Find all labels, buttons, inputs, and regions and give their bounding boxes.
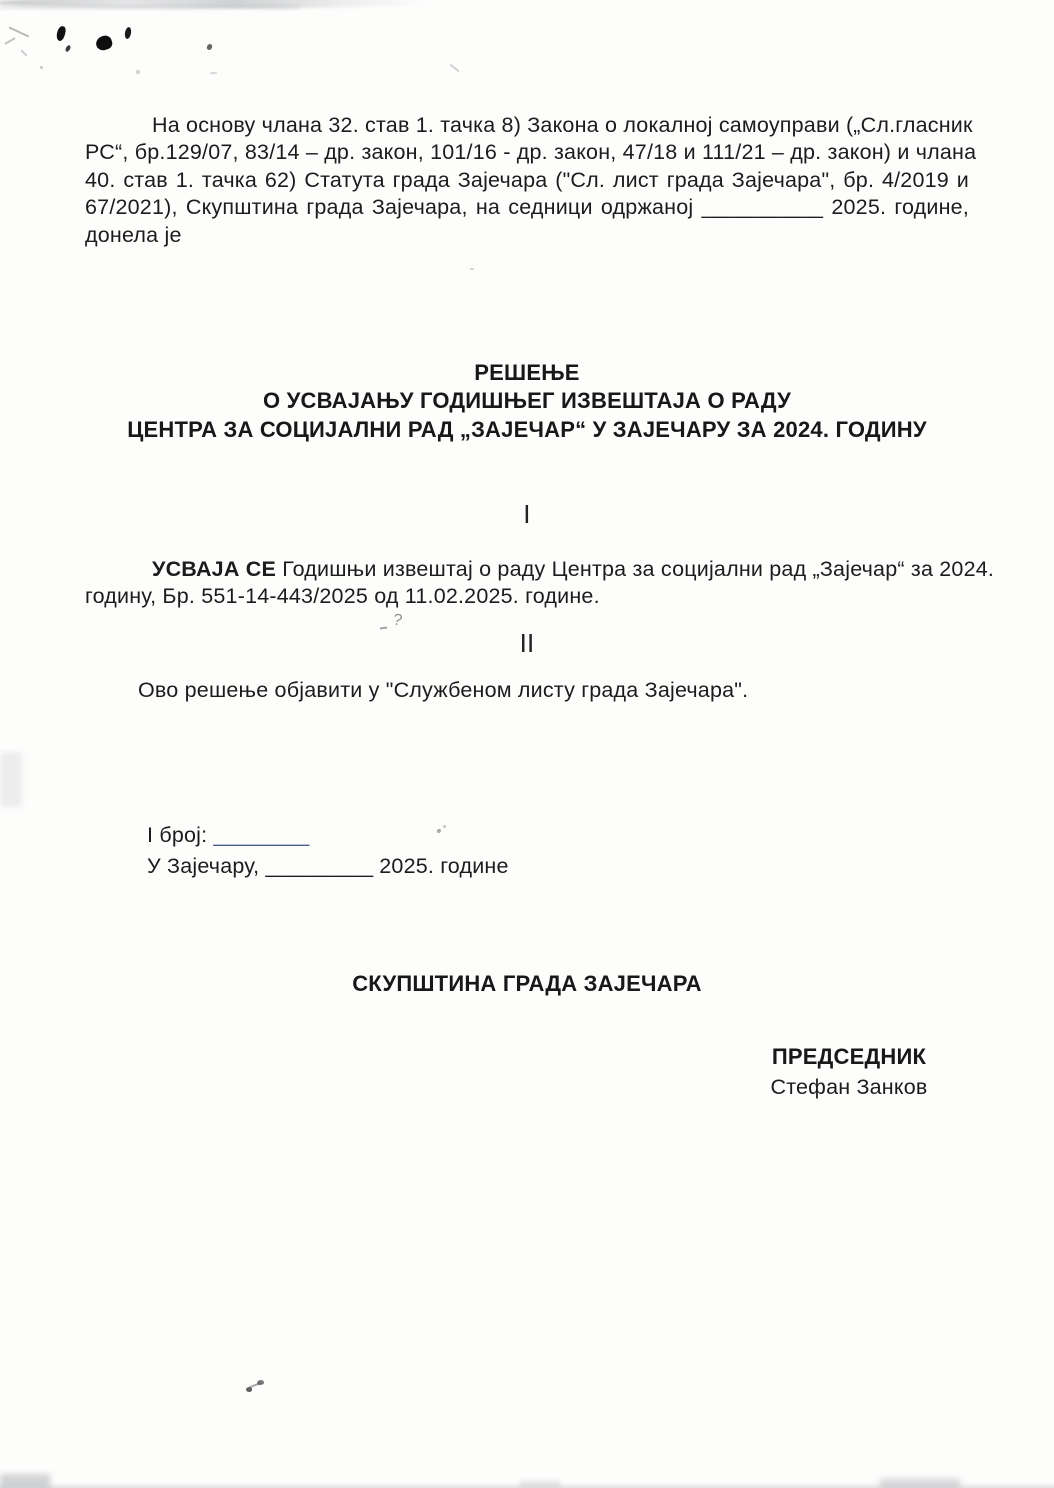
pencil-stroke: [450, 64, 460, 72]
intro-line: 40. став 1. тачка 62) Статута града Заје…: [85, 167, 969, 194]
decision-title-line: О УСВАЈАЊУ ГОДИШЊЕГ ИЗВЕШТАЈА О РАДУ: [0, 387, 1054, 415]
pencil-stroke: [210, 72, 217, 75]
case-number-line: I број: ________: [147, 820, 509, 851]
scan-shadow: [520, 1480, 560, 1488]
case-number-block: I број: ________ У Зајечару, _________ 2…: [147, 820, 509, 882]
president-name: Стефан Занков: [740, 1072, 958, 1102]
section-1-numeral: I: [0, 499, 1054, 530]
intro-line: донела је: [85, 222, 969, 249]
ink-blot: [94, 34, 114, 52]
place-date-line: У Зајечару, _________ 2025. године: [147, 851, 509, 882]
scan-edge-smudge: [0, 6, 300, 9]
section-2-paragraph: Ово решење објавити у "Службеном листу г…: [138, 678, 748, 703]
intro-line: На основу члана 32. став 1. тачка 8) Зак…: [85, 112, 969, 139]
assembly-name: СКУПШТИНА ГРАДА ЗАЈЕЧАРА: [0, 971, 1054, 997]
signature-block: ПРЕДСЕДНИК Стефан Занков: [740, 1042, 958, 1102]
pencil-stroke: [9, 26, 30, 37]
pencil-dot: [136, 70, 140, 74]
scan-shadow: [880, 1478, 960, 1488]
scanned-document-page: ? На основу члана 32. став 1. тачка 8) З…: [0, 0, 1054, 1488]
intro-paragraph: На основу члана 32. став 1. тачка 8) Зак…: [85, 112, 969, 249]
pencil-dot: [40, 66, 43, 69]
ink-blot: [55, 25, 67, 42]
ink-blot: [206, 43, 213, 50]
intro-line: 67/2021), Скупштина града Зајечара, на с…: [85, 194, 969, 221]
president-title: ПРЕДСЕДНИК: [740, 1042, 958, 1072]
pencil-stroke: [20, 49, 27, 56]
case-number-label: I број:: [147, 823, 207, 847]
decision-title-line: ЦЕНТРА ЗА СОЦИЈАЛНИ РАД „ЗАЈЕЧАР“ У ЗАЈЕ…: [0, 416, 1054, 444]
section-1-lead: УСВАЈА СЕ: [152, 557, 276, 581]
scan-shadow: [0, 752, 22, 807]
year-label: 2025. године: [379, 854, 508, 878]
place-label: У Зајечару,: [147, 854, 259, 878]
case-number-blank: ________: [214, 823, 310, 847]
intro-line: РС“, бр.129/07, 83/14 – др. закон, 101/1…: [85, 139, 969, 166]
section-1-paragraph: УСВАЈА СЕ Годишњи извештај о раду Центра…: [85, 556, 969, 611]
section-1-text: Годишњи извештај о раду Центра за соција…: [276, 557, 994, 581]
date-blank: _________: [265, 854, 373, 878]
scan-shadow: [0, 1474, 50, 1488]
pencil-stroke: [470, 268, 474, 271]
section-2-numeral: II: [0, 628, 1054, 659]
decision-title: РЕШЕЊЕ О УСВАЈАЊУ ГОДИШЊЕГ ИЗВЕШТАЈА О Р…: [0, 359, 1054, 444]
ink-blot: [65, 44, 72, 52]
decision-title-line: РЕШЕЊЕ: [0, 359, 1054, 387]
section-1-line: УСВАЈА СЕ Годишњи извештај о раду Центра…: [85, 556, 969, 583]
ink-blot: [124, 27, 132, 40]
section-1-line: годину, Бр. 551-14-443/2025 од 11.02.202…: [85, 583, 969, 610]
pencil-stroke: [4, 37, 15, 45]
